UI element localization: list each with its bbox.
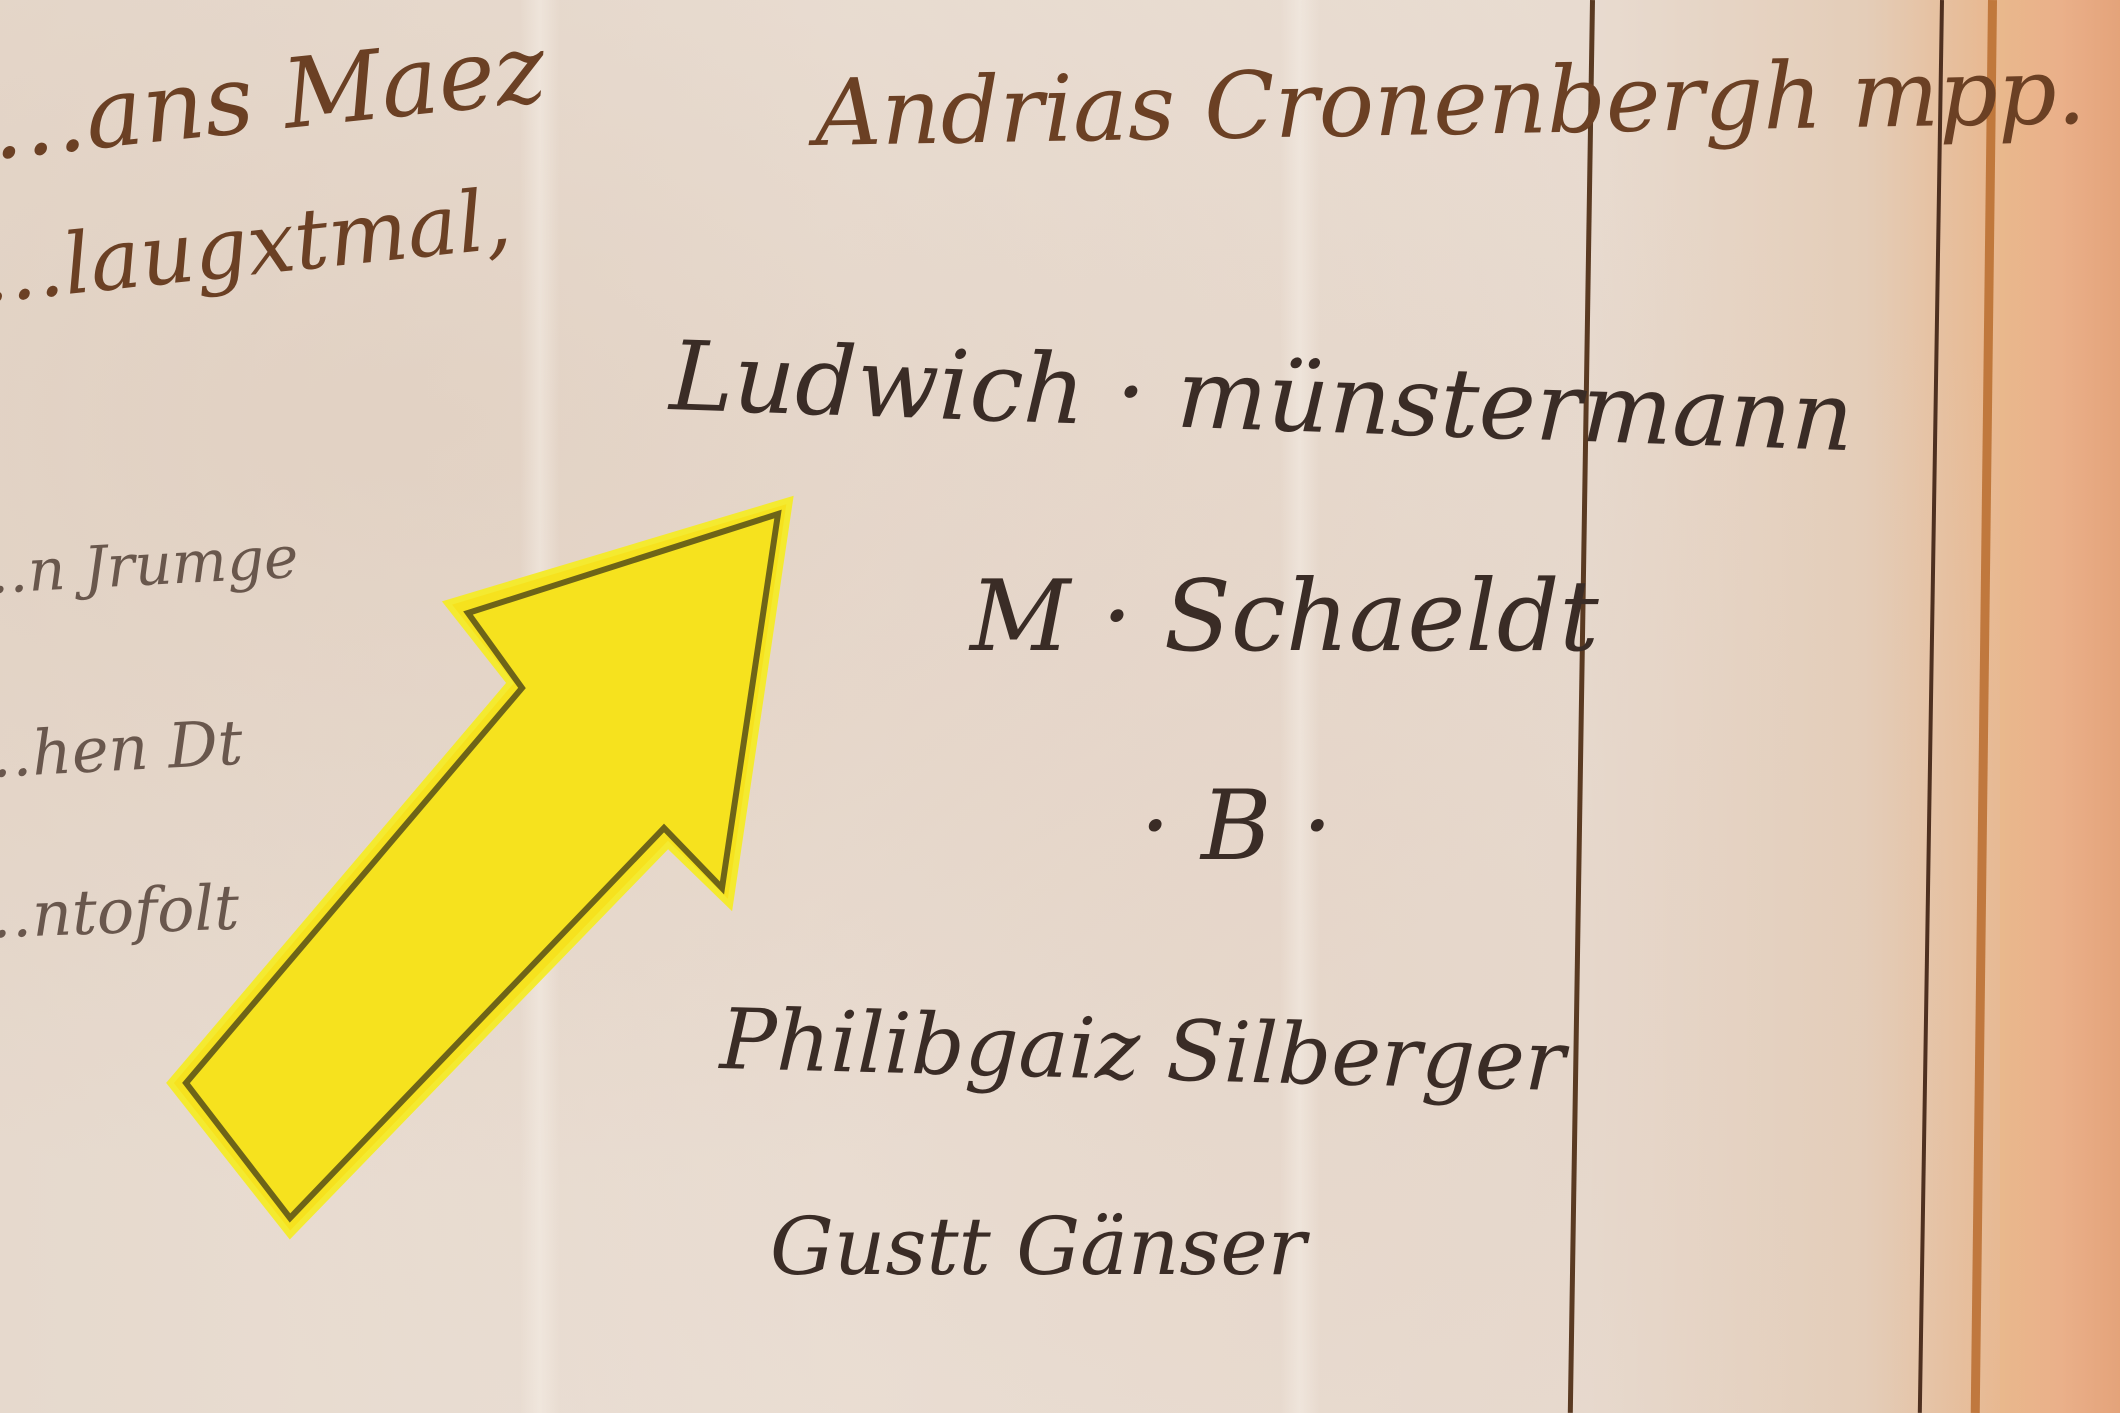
page-edge bbox=[2000, 0, 2120, 1413]
signature-schaeldt: M · Schaeldt bbox=[970, 560, 1599, 674]
signature-andrias: Andrias Cronenbergh mpp. bbox=[814, 38, 2087, 167]
signature-line: …hen Dt bbox=[0, 706, 244, 793]
signature-line: …ntofolt bbox=[0, 871, 240, 953]
signature-gustt: Gustt Gänser bbox=[770, 1200, 1306, 1293]
signature-initial: · B · bbox=[1140, 770, 1333, 882]
paper-fold bbox=[520, 0, 560, 1413]
